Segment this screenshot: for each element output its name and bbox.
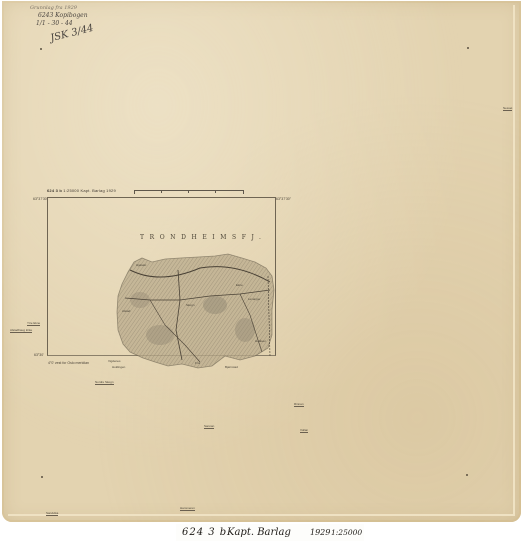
place-label: Hoklingen — [112, 366, 125, 369]
outside-label: Hammeren — [180, 507, 195, 511]
place-label: Levanger — [248, 298, 261, 301]
place-label: Ekne — [236, 284, 243, 287]
place-label: Hjelsæt — [136, 264, 146, 267]
stamp-year: 1929 — [310, 528, 330, 537]
stamp-scale: 1:25000 — [331, 528, 362, 537]
stamp-sheet-number: 624 3 b — [182, 527, 227, 538]
outside-label: Nordre Skogn — [95, 381, 114, 385]
place-label: Frol — [195, 362, 200, 365]
land-mass — [0, 0, 525, 541]
place-label: Bjørnstad — [225, 366, 238, 369]
outside-label: Ytre Ekne — [27, 322, 40, 326]
outside-label: Sandvika — [46, 512, 58, 516]
stamp-author: Kapt. Barlag — [227, 527, 291, 538]
place-label: Holåsen — [255, 340, 266, 343]
outside-label: Alstadhaug kirke — [10, 329, 32, 333]
outside-label: Nesset — [503, 107, 512, 111]
place-label: Skogn — [186, 304, 195, 307]
place-label: Alstad — [122, 310, 130, 313]
outside-label: Sannan — [204, 425, 214, 429]
catalog-stamp: 624 3 b Kapt. Barlag 1929 1:25000 — [176, 524, 364, 541]
outside-label: Rinnan — [294, 403, 304, 407]
outside-label: Vollan — [300, 429, 308, 433]
place-label: Vigdenes — [108, 360, 120, 363]
